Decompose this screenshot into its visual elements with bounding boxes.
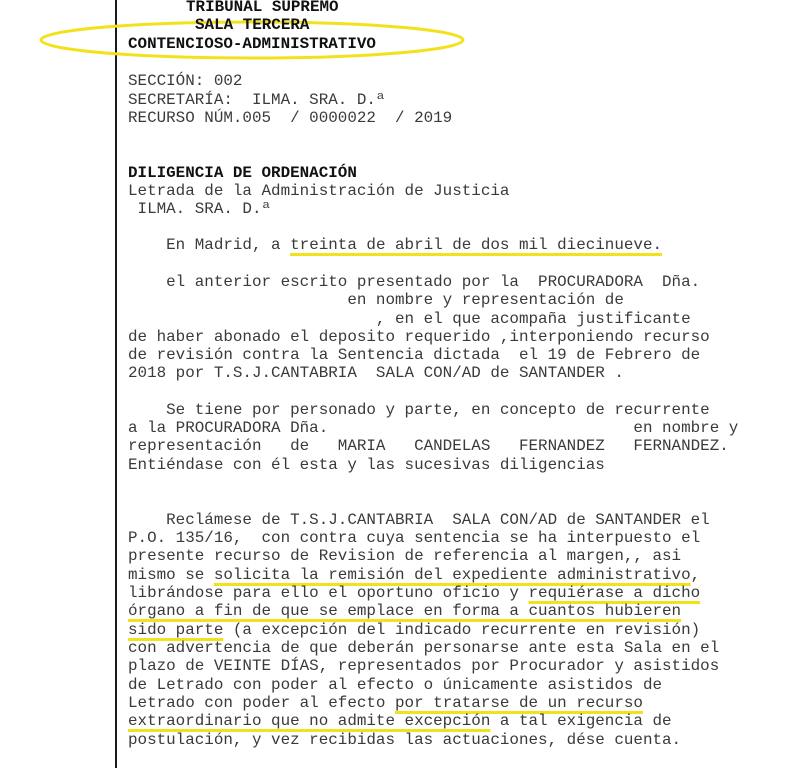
p1-line: el anterior escrito presentado por la PR… <box>128 273 700 291</box>
p3-text: librándose para ello el oportuno oficio … <box>128 584 529 602</box>
p3-line: con advertencia de que deberán personars… <box>128 639 719 657</box>
p3-line: sido parte (a excepción del indicado rec… <box>128 621 700 639</box>
p3-line: plazo de VEINTE DÍAS, representados por … <box>128 657 719 675</box>
p1-line: de revisión contra la Sentencia dictada … <box>128 346 700 364</box>
chamber-name: SALA TERCERA <box>195 16 309 34</box>
diligence-title: DILIGENCIA DE ORDENACIÓN <box>128 164 357 182</box>
highlight-sido-parte: sido parte <box>128 621 223 639</box>
p2-line: Entiéndase con él esta y las sucesivas d… <box>128 456 605 474</box>
p3-line: librándose para ello el oportuno oficio … <box>128 584 700 602</box>
date-highlight: treinta de abril de dos mil diecinueve. <box>290 236 662 254</box>
p3-text: , <box>691 566 701 584</box>
signer-role: Letrada de la Administración de Justicia <box>128 182 509 200</box>
p3-line: mismo se solicita la remisión del expedi… <box>128 566 700 584</box>
highlight-no-admite: extraordinario que no admite excepción <box>128 712 490 730</box>
p3-line: extraordinario que no admite excepción a… <box>128 712 672 730</box>
p1-line: , en el que acompaña justificante <box>128 310 691 328</box>
p3-line: presente recurso de Revision de referenc… <box>128 547 681 565</box>
section-number: SECCIÓN: 002 <box>128 72 242 90</box>
secretary: SECRETARÍA: ILMA. SRA. D.ª <box>128 91 385 109</box>
p3-text: mismo se <box>128 566 214 584</box>
p1-line: de haber abonado el deposito requerido ,… <box>128 328 710 346</box>
p3-line: Reclámese de T.S.J.CANTABRIA SALA CON/AD… <box>128 511 710 529</box>
p1-line: 2018 por T.S.J.CANTABRIA SALA CON/AD de … <box>128 364 624 382</box>
p3-line: órgano a fin de que se emplace en forma … <box>128 602 681 620</box>
p3-line: P.O. 135/16, con contra cuya sentencia s… <box>128 529 700 547</box>
p1-line: en nombre y representación de <box>128 291 624 309</box>
highlight-remision: solicita la remisión del expediente admi… <box>214 566 691 584</box>
p3-text: (a excepción del indicado recurrente en … <box>223 621 700 639</box>
p3-text: Letrado con poder al efecto <box>128 694 395 712</box>
highlight-extraordinario: por tratarse de un recurso <box>395 694 643 712</box>
case-number: RECURSO NÚM.005 / 0000022 / 2019 <box>128 109 452 127</box>
p3-line: postulación, y vez recibidas las actuaci… <box>128 731 681 749</box>
p2-line: Se tiene por personado y parte, en conce… <box>128 401 710 419</box>
p2-line: a la PROCURADORA Dña. en nombre y <box>128 419 738 437</box>
date-line: En Madrid, a treinta de abril de dos mil… <box>128 236 662 254</box>
p3-line: Letrado con poder al efecto por tratarse… <box>128 694 643 712</box>
date-prefix: En Madrid, a <box>128 236 290 254</box>
highlight-requierase: requiérase a dicho <box>529 584 701 602</box>
court-name: TRIBUNAL SUPREMO <box>186 0 339 16</box>
p3-line: de Letrado con poder al efecto o únicame… <box>128 676 662 694</box>
p3-text: a tal exigencia de <box>490 712 671 730</box>
margin-rule <box>115 0 117 768</box>
p2-line: representación de MARIA CANDELAS FERNAND… <box>128 437 729 455</box>
jurisdiction-name: CONTENCIOSO-ADMINISTRATIVO <box>128 35 376 53</box>
signer-name: ILMA. SRA. D.ª <box>128 200 271 218</box>
highlight-emplace: órgano a fin de que se emplace en forma … <box>128 602 681 620</box>
